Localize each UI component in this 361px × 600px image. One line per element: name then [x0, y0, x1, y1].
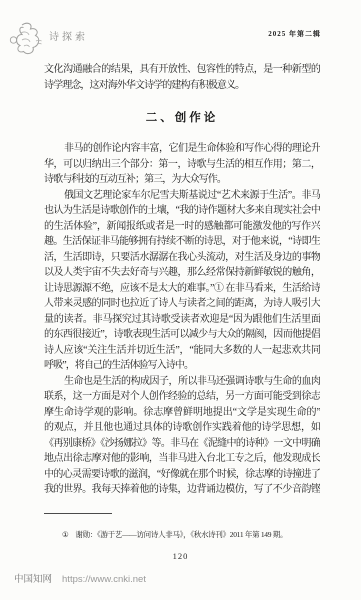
text-line: 文化沟通融合的结果，具有开放性、包容性的特点，是一种新型的	[44, 62, 320, 78]
text-line: 的生活体验”，新闻报纸或者是一时的感触都可能激发他的写作兴	[44, 219, 320, 235]
text-line: 生命也是生活的构成因子，所以非马还强调诗歌与生命的血肉	[44, 374, 320, 390]
text-line: 非马的创作论内容丰富，它们是生命体验和写作心得的理论升	[44, 141, 320, 157]
journal-logo-icon	[9, 20, 45, 58]
issue-label: 2025 年第二辑	[268, 29, 321, 39]
text-line: 我的世界。我每天捧着他的诗集，边背诵边模仿，写了不少音韵铿	[44, 482, 320, 498]
text-line: 的观点，并且他也通过具体的诗歌创作实践着他的诗学思想，如	[44, 420, 320, 436]
text-line: 呼吸”，将自己的生活体验写入诗中。	[44, 358, 320, 374]
footnote-text: 谢勋：《游于艺——访问诗人非马》，《秋水诗刊》2011 年第 149 期。	[75, 530, 287, 539]
text-line: 量的读者。非马探究过其诗歌受读者欢迎是“因为跟他们生活里面	[44, 312, 320, 328]
footnote-divider	[44, 513, 112, 514]
text-line: 以及人类宇宙不失去好奇与兴趣，那么经常保持新鲜敏锐的触角，	[44, 265, 320, 281]
text-line: 人带来灵感的同时也拉近了诗人与读者之间的距离，为诗人吸引大	[44, 296, 320, 312]
text-line: 也认为生活是诗歌创作的土壤，“我的诗作题材大多来自现实社会中	[44, 203, 320, 219]
scanned-paper-page: 诗探索 2025 年第二辑 文化沟通融合的结果，具有开放性、包容性的特点，是一种…	[0, 0, 361, 600]
text-line: 的东西很接近”，诗歌表现生活可以减少与大众的隔阂，因而他提倡	[44, 327, 320, 343]
text-line: 摩生命诗学观的影响。徐志摩曾鲜明地提出“文学是实现生命的”	[44, 405, 320, 421]
text-line: 诗歌与科技的互动互补；第三，为大众写作。	[44, 172, 320, 188]
journal-name: 诗探索	[49, 28, 88, 43]
text-line: 诗学理念，这对海外华文诗学的建构有积极意义。	[44, 78, 320, 94]
text-line: 中的心灵需要诗歌的滋润，“好像就在那个时候，徐志摩的诗撞进了	[44, 467, 320, 483]
cnki-watermark-url: https://www.cnki.net	[62, 574, 146, 585]
article-body: 文化沟通融合的结果，具有开放性、包容性的特点，是一种新型的 诗学理念，这对海外华…	[44, 62, 320, 498]
footnote: ①谢勋：《游于艺——访问诗人非马》，《秋水诗刊》2011 年第 149 期。	[62, 529, 322, 540]
page-number: 120	[0, 551, 361, 561]
text-line: 诗人应该“关注生活并切近生活”，“能同大多数的人一起悲欢共同	[44, 343, 320, 359]
journal-logo: 诗探索	[9, 20, 88, 58]
text-line: 趣。生活保证非马能够拥有持续不断的诗思，对于他来说，“诗即生	[44, 234, 320, 250]
text-line: 联系，这一方面是对个人创作经验的总结，另一方面可能受到徐志	[44, 389, 320, 405]
cnki-watermark-name: 中国知网	[14, 574, 52, 585]
text-line: 《再别康桥》《沙扬娜拉》等。非马在《泥缝中的诗种》一文中明确	[44, 436, 320, 452]
section-heading: 二、创作论	[44, 109, 320, 125]
text-line: 华，可以归纳出三个部分：第一，诗歌与生活的相互作用；第二，	[44, 157, 320, 173]
text-line: 俄国文艺理论家车尔尼雪夫斯基说过“艺术来源于生活”。非马	[44, 188, 320, 204]
text-line: 活，生活即诗，只要活水潺潺在我心头流动，对生活及身边的事物	[44, 250, 320, 266]
cnki-watermark: 中国知网https://www.cnki.net	[14, 571, 146, 585]
footnote-marker: ①	[62, 530, 68, 539]
text-line: 让诗思源源不绝，应该不是太大的难事。”① 在非马看来，生活给诗	[44, 281, 320, 297]
text-line: 地点出徐志摩对他的影响，当非马进入台北工专之后，他发现成长	[44, 451, 320, 467]
